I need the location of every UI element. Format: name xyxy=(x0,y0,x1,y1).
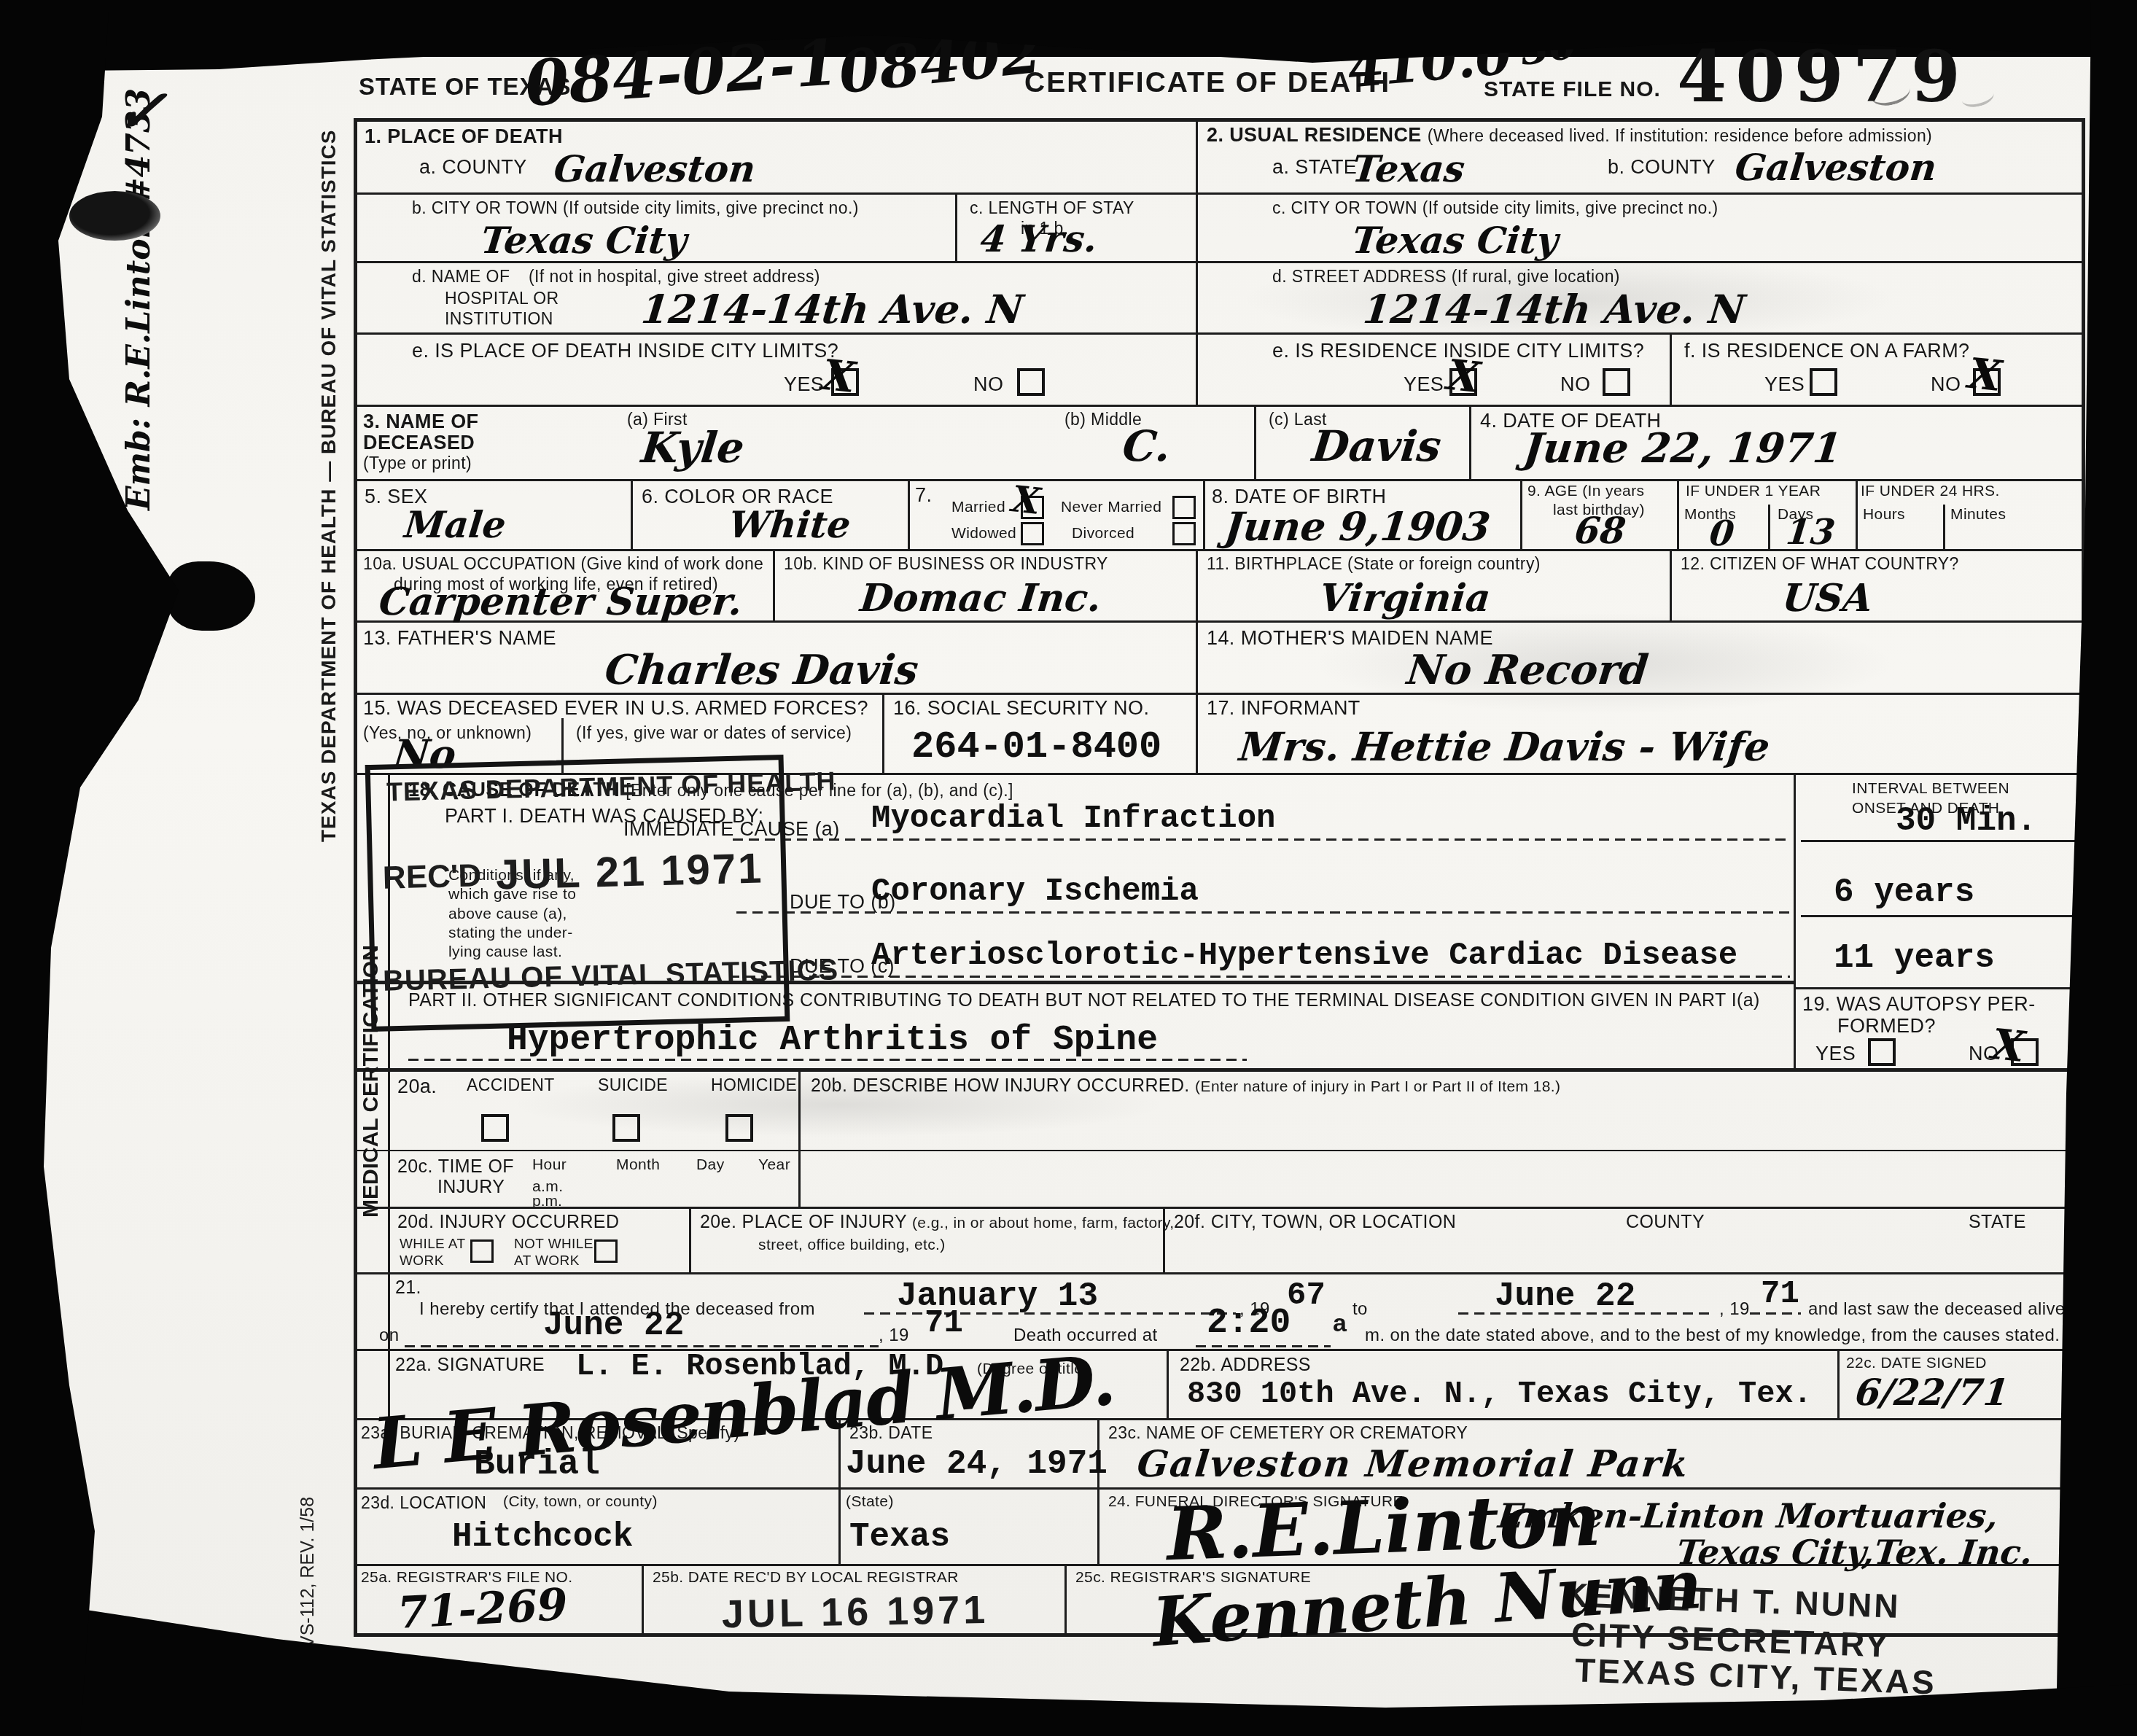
street-address-label: d. STREET ADDRESS (If rural, give locati… xyxy=(1272,267,1620,287)
autopsy-yes-checkbox xyxy=(1868,1038,1896,1066)
middle-name-value: C. xyxy=(1120,421,1172,471)
name-of-deceased-label3: (Type or print) xyxy=(363,454,472,473)
street-address-value: 1214-14th Ave. N xyxy=(1361,286,1748,332)
divider xyxy=(1768,505,1770,549)
year3-value: 71 xyxy=(925,1305,963,1342)
cemetery-label: 23c. NAME OF CEMETERY OR CREMATORY xyxy=(1108,1423,1468,1443)
burial-city-value: Hitchcock xyxy=(452,1518,633,1556)
certify-text2: and last saw the deceased alive xyxy=(1808,1299,2066,1320)
mothers-maiden-value: No Record xyxy=(1405,646,1651,694)
widowed-label: Widowed xyxy=(951,525,1016,542)
death-limits-no-label: NO xyxy=(973,373,1003,396)
date-signed-label: 22c. DATE SIGNED xyxy=(1846,1355,1987,1372)
physician-address-value: 830 10th Ave. N., Texas City, Tex. xyxy=(1187,1377,1812,1412)
death-time-value: 2:20 xyxy=(1207,1304,1291,1343)
city-value: Texas City xyxy=(479,219,689,262)
hospital-label3: INSTITUTION xyxy=(445,309,553,329)
industry-label: 10b. KIND OF BUSINESS OR INDUSTRY xyxy=(784,554,1108,574)
registrar-file-no-value: 71-269 xyxy=(396,1579,569,1639)
residence-county-value: Galveston xyxy=(1733,146,1939,189)
farm-no-label: NO xyxy=(1931,373,1961,396)
place-of-injury-paren1: (e.g., in or about home, farm, factory, xyxy=(912,1215,1175,1231)
divider xyxy=(908,479,910,549)
armed-forces-label: 15. WAS DECEASED EVER IN U.S. ARMED FORC… xyxy=(363,697,868,720)
while-at-work-checkbox xyxy=(470,1239,494,1263)
cert-blank-3 xyxy=(1750,1312,1801,1315)
certificate-title: CERTIFICATE OF DEATH xyxy=(1024,67,1390,99)
length-of-stay-label: c. LENGTH OF STAY xyxy=(970,198,1134,218)
occupation-value: Carpenter Super. xyxy=(377,580,744,624)
year-label: Year xyxy=(758,1156,790,1174)
divider xyxy=(1520,479,1522,549)
divider xyxy=(1943,505,1945,549)
divider xyxy=(1167,1349,1169,1418)
divider xyxy=(1064,1564,1067,1633)
death-limits-yes-mark: X xyxy=(820,350,858,402)
homicide-label: HOMICIDE xyxy=(711,1075,797,1095)
item21-label: 21. xyxy=(395,1277,421,1299)
usual-residence-title: 2. USUAL RESIDENCE xyxy=(1207,124,1422,146)
usual-residence-paren: (Where deceased lived. If institution: r… xyxy=(1428,126,1932,145)
hour-label: Hour xyxy=(532,1156,567,1174)
divider xyxy=(1837,1349,1840,1418)
cause-a-underline xyxy=(733,838,1790,841)
last-name-value: Davis xyxy=(1309,421,1443,471)
death-limits-no-checkbox xyxy=(1017,368,1045,396)
place-of-injury-paren2: street, office building, etc.) xyxy=(758,1237,946,1254)
age-label1: 9. AGE (In years xyxy=(1527,483,1644,500)
autopsy-no-mark: X xyxy=(1990,1019,2028,1072)
part2-value: Hypertrophic Arthritis of Spine xyxy=(507,1021,1158,1060)
divider xyxy=(1469,405,1471,479)
received-stamp-recd: REC'D xyxy=(382,857,481,896)
never-married-checkbox xyxy=(1172,496,1196,519)
usual-residence-label: 2. USUAL RESIDENCE (Where deceased lived… xyxy=(1207,124,1932,147)
date-of-death-value: June 22, 1971 xyxy=(1522,424,1845,472)
death-city-limits-label: e. IS PLACE OF DEATH INSIDE CITY LIMITS? xyxy=(412,340,838,362)
divider xyxy=(1203,479,1205,549)
divider xyxy=(1670,332,1672,405)
am-label: a.m. xyxy=(532,1178,563,1196)
city-label: b. CITY OR TOWN (If outside city limits,… xyxy=(412,198,859,218)
burial-location-paren: (City, town, or county) xyxy=(503,1493,658,1511)
interval-a-value: 30 Min. xyxy=(1896,802,2036,840)
accident-label: ACCIDENT xyxy=(467,1075,555,1095)
divider xyxy=(1196,118,1198,405)
month-label: Month xyxy=(616,1156,660,1174)
divider xyxy=(1196,693,1198,773)
injury-state-label: STATE xyxy=(1969,1212,2026,1233)
ink-blob xyxy=(168,561,255,631)
ssn-value: 264-01-8400 xyxy=(911,725,1161,768)
fathers-name-value: Charles Davis xyxy=(603,646,921,694)
am-marker: a xyxy=(1333,1309,1347,1338)
cause-b-value: Coronary Ischemia xyxy=(871,873,1199,910)
divider xyxy=(798,1068,801,1207)
name-of-deceased-label2: DECEASED xyxy=(363,432,475,454)
autopsy-label1: 19. WAS AUTOPSY PER- xyxy=(1802,993,2036,1016)
cert-blank-5 xyxy=(1196,1345,1331,1347)
hours-label: Hours xyxy=(1863,506,1905,523)
if-under-1-year-label: IF UNDER 1 YEAR xyxy=(1686,483,1821,500)
check-mark: ✓ xyxy=(113,77,169,145)
not-while-at-work-label: NOT WHILE AT WORK xyxy=(514,1237,593,1270)
certify-text3: m. on the date stated above, and to the … xyxy=(1365,1326,2060,1346)
death-limits-yes-label: YES xyxy=(784,373,824,396)
hospital-label2: HOSPITAL OR xyxy=(445,289,558,308)
accident-row-label: 20a. xyxy=(397,1075,437,1098)
if-under-24-hrs-label: IF UNDER 24 HRS. xyxy=(1861,483,2000,500)
hospital-label: d. NAME OF xyxy=(412,267,510,287)
divider xyxy=(1677,479,1679,549)
minutes-label: Minutes xyxy=(1950,506,2006,523)
embalmer-note: Emb: R.E.Linton #4733 xyxy=(120,102,157,510)
divider xyxy=(354,332,2084,335)
residence-state-label: a. STATE xyxy=(1272,156,1357,179)
place-of-death-label: 1. PLACE OF DEATH xyxy=(365,125,563,148)
describe-injury-paren: (Enter nature of injury in Part I or Par… xyxy=(1195,1078,1560,1095)
date-signed-value: 6/22/71 xyxy=(1853,1371,2012,1414)
divider xyxy=(1097,1418,1099,1564)
day-label: Day xyxy=(696,1156,725,1174)
married-label: Married xyxy=(951,499,1005,516)
divider xyxy=(1856,479,1858,549)
divider xyxy=(1670,549,1672,620)
divider xyxy=(1254,405,1256,479)
divider xyxy=(354,1272,2084,1274)
autopsy-yes-label: YES xyxy=(1815,1043,1856,1065)
farm-yes-checkbox xyxy=(1810,368,1837,396)
cause-c-value: Arteriosclorotic-Hypertensive Cardiac Di… xyxy=(871,938,1737,974)
citizen-label: 12. CITIZEN OF WHAT COUNTRY? xyxy=(1681,554,1959,574)
citizen-value: USA xyxy=(1780,576,1875,620)
divider xyxy=(354,1068,2084,1072)
birthplace-value: Virginia xyxy=(1317,576,1492,620)
divider xyxy=(354,118,357,1635)
residence-city-value: Texas City xyxy=(1350,219,1560,262)
divider xyxy=(955,192,957,261)
marital-label: 7. xyxy=(915,484,932,507)
farm-label: f. IS RESIDENCE ON A FARM? xyxy=(1684,340,1970,362)
describe-injury-label: 20b. DESCRIBE HOW INJURY OCCURRED. (Ente… xyxy=(811,1075,1560,1097)
form-number: VS-112, REV. 1/58 xyxy=(297,1414,319,1648)
divider xyxy=(1196,549,1198,620)
suicide-label: SUICIDE xyxy=(598,1075,668,1095)
date-received-label: 25b. DATE REC'D BY LOCAL REGISTRAR xyxy=(653,1569,959,1587)
attended-to-value: June 22 xyxy=(1495,1277,1635,1315)
death-certificate-scan: ✓ Emb: R.E.Linton #4733 TEXAS DEPARTMENT… xyxy=(0,0,2137,1736)
married-mark: X xyxy=(1010,477,1043,523)
divider xyxy=(631,479,633,549)
cause-a-value: Myocardial Infraction xyxy=(871,801,1276,837)
place-of-injury-label: 20e. PLACE OF INJURY (e.g., in or about … xyxy=(700,1212,1174,1233)
on-label: on xyxy=(379,1326,400,1346)
fathers-name-label: 13. FATHER'S NAME xyxy=(363,627,556,650)
date-received-stamp: JUL 16 1971 xyxy=(721,1587,989,1637)
first-name-value: Kyle xyxy=(639,423,747,472)
residence-county-label: b. COUNTY xyxy=(1608,156,1716,179)
never-married-label: Never Married xyxy=(1061,499,1161,516)
divider xyxy=(882,693,884,773)
age-value: 68 xyxy=(1573,509,1628,552)
injury-county-label: COUNTY xyxy=(1626,1212,1705,1233)
widowed-checkbox xyxy=(1021,522,1044,545)
divorced-label: Divorced xyxy=(1072,525,1134,542)
residence-limits-yes-label: YES xyxy=(1404,373,1444,396)
informant-value: Mrs. Hettie Davis - Wife xyxy=(1237,723,1772,770)
industry-value: Domac Inc. xyxy=(858,576,1104,620)
divider xyxy=(1196,620,1198,693)
while-at-work-label: WHILE AT WORK xyxy=(400,1237,465,1270)
occupation-label1: 10a. USUAL OCCUPATION (Give kind of work… xyxy=(363,554,763,574)
department-vertical-label: TEXAS DEPARTMENT OF HEALTH — BUREAU OF V… xyxy=(317,186,340,842)
divider xyxy=(1794,987,2084,989)
interval-b-underline xyxy=(1801,915,2082,917)
time-of-injury-label1: 20c. TIME OF xyxy=(397,1156,514,1178)
suicide-checkbox xyxy=(612,1114,640,1142)
residence-limits-no-label: NO xyxy=(1560,373,1590,396)
race-value: White xyxy=(727,503,853,546)
farm-no-mark: X xyxy=(1966,349,2004,401)
describe-injury-title: 20b. DESCRIBE HOW INJURY OCCURRED. xyxy=(811,1075,1190,1096)
sex-value: Male xyxy=(402,503,508,546)
injury-city-label: 20f. CITY, TOWN, OR LOCATION xyxy=(1174,1212,1456,1233)
divider xyxy=(773,549,775,620)
burial-state-value: Texas xyxy=(849,1518,950,1556)
injury-occurred-label: 20d. INJURY OCCURRED xyxy=(397,1212,619,1233)
divider xyxy=(354,1150,2084,1151)
hospital-value: 1214-14th Ave. N xyxy=(639,286,1026,332)
informant-label: 17. INFORMANT xyxy=(1207,697,1361,720)
residence-state-value: Texas xyxy=(1350,147,1467,190)
year1-value: 67 xyxy=(1287,1277,1326,1314)
burial-state-paren: (State) xyxy=(846,1493,894,1511)
residence-limits-no-checkbox xyxy=(1603,368,1630,396)
county-value: Galveston xyxy=(552,147,758,190)
divider xyxy=(642,1564,644,1633)
place-of-injury-title: 20e. PLACE OF INJURY xyxy=(700,1212,907,1232)
divorced-checkbox xyxy=(1172,522,1196,545)
length-of-stay-value: 4 Yrs. xyxy=(978,217,1099,260)
year2-value: 71 xyxy=(1761,1276,1799,1312)
autopsy-label2: FORMED? xyxy=(1837,1015,1936,1038)
days-value: 13 xyxy=(1784,512,1837,553)
last-saw-date-value: June 22 xyxy=(543,1307,684,1344)
divider xyxy=(354,405,2084,407)
hospital-paren: (If not in hospital, give street address… xyxy=(529,267,820,287)
cemetery-value: Galveston Memorial Park xyxy=(1135,1442,1692,1485)
interval-b-value: 6 years xyxy=(1834,873,1974,911)
name-of-deceased-label1: 3. NAME OF xyxy=(363,410,479,433)
farm-yes-label: YES xyxy=(1764,373,1805,396)
divider xyxy=(354,479,2084,481)
pre19b-label: , 19 xyxy=(1719,1299,1750,1320)
ssn-label: 16. SOCIAL SECURITY NO. xyxy=(893,697,1149,720)
county-label: a. COUNTY xyxy=(419,156,527,179)
cert-blank-4 xyxy=(405,1345,879,1347)
time-of-injury-label2: INJURY xyxy=(437,1177,505,1198)
physician-signature-label: 22a. SIGNATURE xyxy=(395,1355,545,1376)
received-stamp-date: JUL 21 1971 xyxy=(495,844,764,900)
interval-c-value: 11 years xyxy=(1834,939,1995,977)
pre19c-label: , 19 xyxy=(879,1326,909,1346)
divider xyxy=(689,1207,691,1272)
accident-checkbox xyxy=(481,1114,509,1142)
not-while-at-work-checkbox xyxy=(594,1239,618,1263)
date-of-birth-value: June 9,1903 xyxy=(1223,503,1493,550)
divider xyxy=(354,1207,2084,1209)
physician-address-label: 22b. ADDRESS xyxy=(1180,1355,1311,1376)
burial-date-value: June 24, 1971 xyxy=(846,1445,1108,1483)
months-value: 0 xyxy=(1708,513,1736,554)
funeral-home-name2: Texas City,Tex. Inc. xyxy=(1675,1533,2034,1572)
residence-limits-yes-mark: X xyxy=(1445,350,1483,402)
burial-location-label: 23d. LOCATION xyxy=(361,1493,486,1513)
divider xyxy=(1794,773,1796,1068)
birthplace-label: 11. BIRTHPLACE (State or foreign country… xyxy=(1207,554,1541,574)
divider xyxy=(354,192,2084,195)
to-label: to xyxy=(1352,1299,1368,1320)
punch-hole xyxy=(69,191,160,241)
armed-forces-paren2: (If yes, give war or dates of service) xyxy=(576,723,852,743)
residence-city-label: c. CITY OR TOWN (If outside city limits,… xyxy=(1272,198,1718,218)
homicide-checkbox xyxy=(725,1114,753,1142)
interval-a-underline xyxy=(1801,840,2082,842)
